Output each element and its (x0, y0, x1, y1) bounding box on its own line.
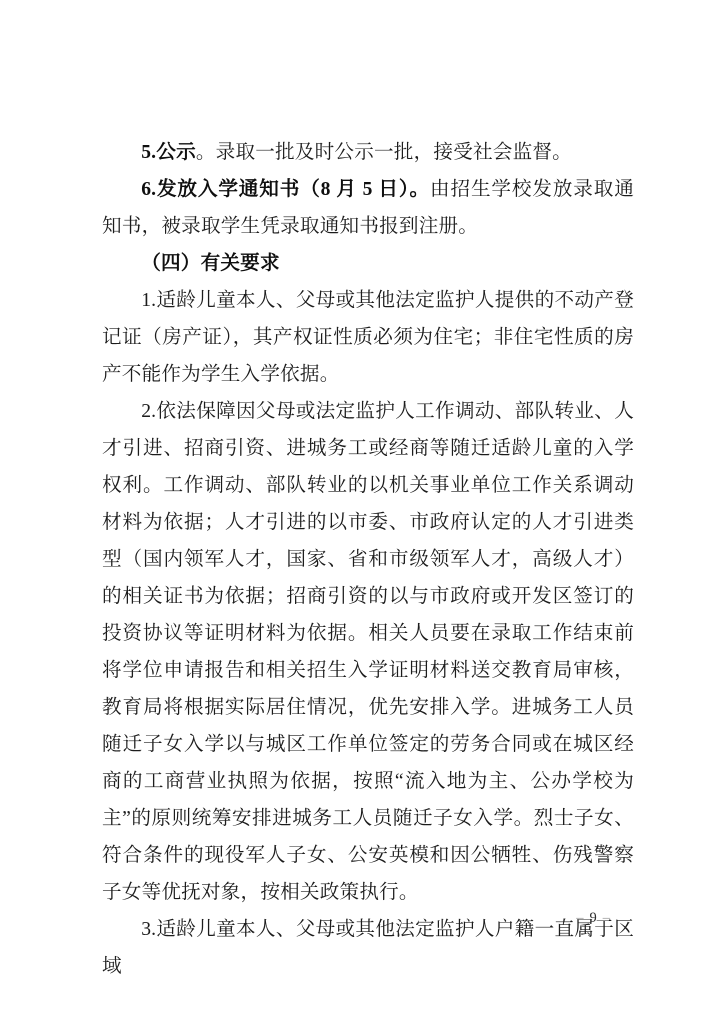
paragraph-requirement-3: 3.适龄儿童本人、父母或其他法定监护人户籍一直属于区域 (102, 911, 634, 985)
section-heading: （四）有关要求 (102, 245, 634, 282)
item5-text: 。录取一批及时公示一批，接受社会监督。 (196, 142, 572, 163)
page-number: –9– (571, 908, 616, 928)
page-number-dash-left: – (571, 910, 589, 926)
page-number-value: 9 (590, 910, 598, 926)
item6-bold-lead: 6.发放入学通知书（8 月 5 日）。 (141, 179, 430, 200)
paragraph-item5: 5.公示。录取一批及时公示一批，接受社会监督。 (102, 134, 634, 171)
page-number-dash-right: – (598, 910, 616, 926)
document-page: 5.公示。录取一批及时公示一批，接受社会监督。 6.发放入学通知书（8 月 5 … (0, 0, 720, 1019)
paragraph-requirement-1: 1.适龄儿童本人、父母或其他法定监护人提供的不动产登记证（房产证），其产权证性质… (102, 282, 634, 393)
item5-bold-lead: 5.公示 (141, 142, 196, 163)
document-body: 5.公示。录取一批及时公示一批，接受社会监督。 6.发放入学通知书（8 月 5 … (102, 0, 634, 985)
paragraph-requirement-2: 2.依法保障因父母或法定监护人工作调动、部队转业、人才引进、招商引资、进城务工或… (102, 393, 634, 911)
paragraph-item6: 6.发放入学通知书（8 月 5 日）。由招生学校发放录取通知书，被录取学生凭录取… (102, 171, 634, 245)
